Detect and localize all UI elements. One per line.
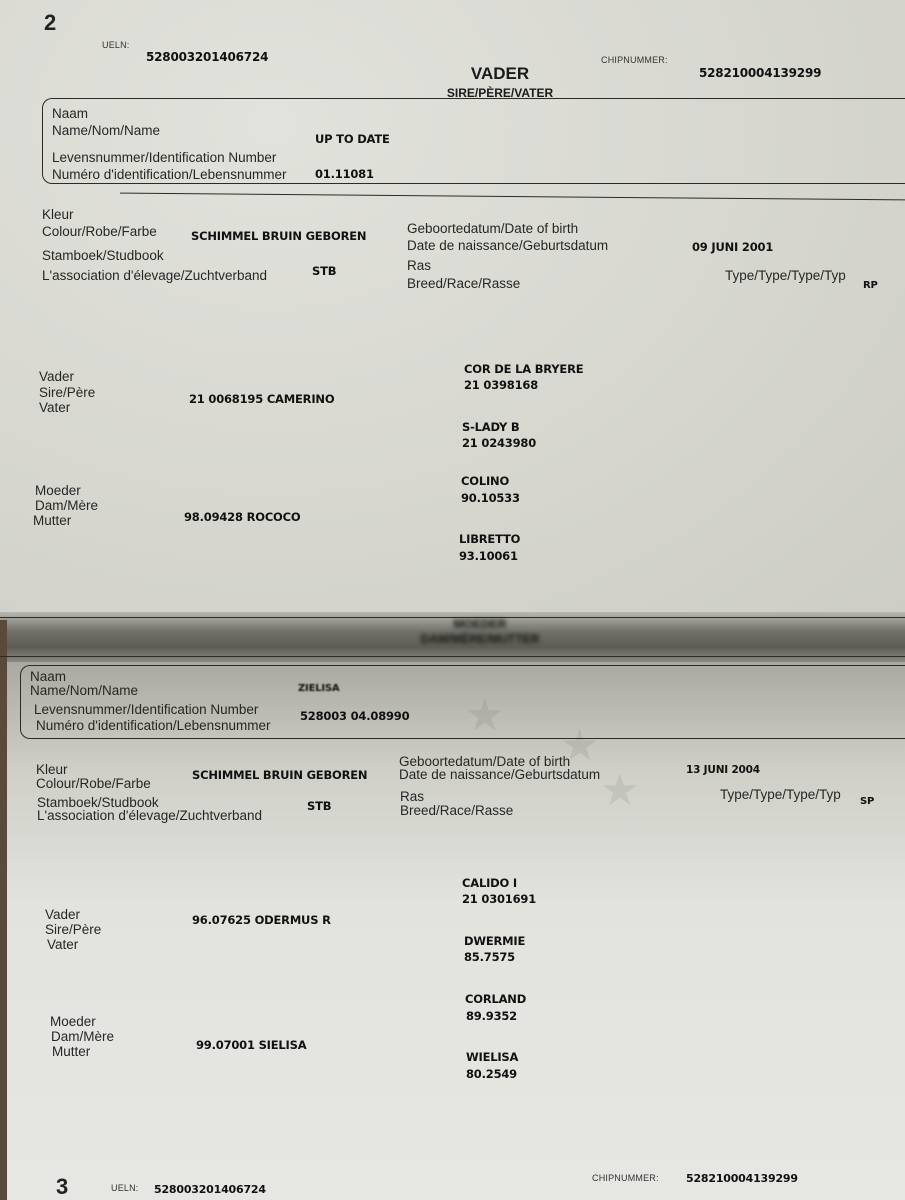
dam-label-3: Mutter (33, 513, 71, 528)
horse-name: UP TO DATE (315, 132, 390, 146)
ueln-label: UELN: (111, 1183, 139, 1193)
dam-label-2: Dam/Mère (35, 498, 98, 513)
id-label-2: Numéro d'identification/Lebensnummer (52, 167, 286, 182)
granddam-paternal-name: DWERMIE (464, 934, 525, 948)
grandsire-paternal-name: CALIDO I (462, 876, 517, 890)
granddam-maternal-number: 93.10061 (459, 549, 518, 563)
dam-value: 99.07001 SIELISA (196, 1038, 306, 1052)
chip-label: CHIPNUMMER: (592, 1173, 659, 1183)
dob-value: 09 JUNI 2001 (692, 240, 773, 254)
grandsire-maternal-number: 89.9352 (466, 1009, 517, 1023)
granddam-paternal-number: 21 0243980 (462, 436, 536, 450)
horse-name: ZIELISA (298, 683, 339, 694)
grandsire-paternal-name: COR DE LA BRYERE (464, 362, 583, 376)
type-value: SP (860, 796, 874, 807)
grandsire-paternal-number: 21 0398168 (464, 378, 538, 392)
granddam-maternal-name: WIELISA (466, 1050, 518, 1064)
id-number: 01.11081 (315, 167, 374, 181)
breed-label-2: Breed/Race/Rasse (407, 276, 520, 291)
sire-label-1: Vader (45, 907, 80, 922)
granddam-paternal-number: 85.7575 (464, 950, 515, 964)
ueln-value: 528003201406724 (154, 1183, 266, 1196)
grandsire-maternal-name: CORLAND (465, 992, 526, 1006)
page-edge (0, 620, 7, 1200)
dob-label-2: Date de naissance/Geburtsdatum (399, 767, 600, 782)
dam-value: 98.09428 ROCOCO (184, 510, 300, 524)
section-title: VADER (400, 64, 600, 84)
type-label: Type/Type/Type/Typ (725, 268, 846, 283)
chip-label: CHIPNUMMER: (601, 55, 668, 65)
name-label-nl: Naam (52, 106, 88, 121)
id-label-1: Levensnummer/Identification Number (52, 150, 276, 165)
type-label: Type/Type/Type/Typ (720, 787, 841, 802)
grandsire-maternal-name: COLINO (461, 474, 509, 488)
colour-value: SCHIMMEL BRUIN GEBOREN (191, 229, 366, 243)
page-number: 2 (44, 10, 56, 36)
section-subtitle-blurred: DAM/MÈRE/MUTTER (400, 632, 560, 646)
colour-label-1: Kleur (36, 762, 68, 777)
dam-label-3: Mutter (52, 1044, 90, 1059)
chip-value: 528210004139299 (686, 1172, 798, 1185)
grandsire-paternal-number: 21 0301691 (462, 892, 536, 906)
breed-label-1: Ras (400, 789, 424, 804)
name-label-multi: Name/Nom/Name (30, 683, 138, 698)
studbook-label-2: L'association d'élevage/Zuchtverband (37, 808, 262, 823)
studbook-value: STB (312, 264, 336, 278)
dob-value: 13 JUNI 2004 (686, 764, 760, 776)
lower-page-sheet (0, 662, 905, 1200)
breed-label-2: Breed/Race/Rasse (400, 803, 513, 818)
colour-label-1: Kleur (42, 207, 74, 222)
dam-label-2: Dam/Mère (51, 1029, 114, 1044)
ueln-value: 528003201406724 (146, 50, 268, 64)
sire-value: 21 0068195 CAMERINO (189, 392, 334, 406)
watermark-star-icon: ★ (600, 765, 639, 816)
name-label-multi: Name/Nom/Name (52, 123, 160, 138)
dob-label-2: Date de naissance/Geburtsdatum (407, 238, 608, 253)
passport-page: 2 UELN: 528003201406724 CHIPNUMMER: 5282… (0, 0, 905, 1200)
id-label-1: Levensnummer/Identification Number (34, 702, 258, 717)
sire-label-2: Sire/Père (39, 385, 95, 400)
colour-label-2: Colour/Robe/Farbe (36, 776, 151, 791)
grandsire-maternal-number: 90.10533 (461, 491, 520, 505)
divider (0, 656, 905, 657)
section-title-blurred: MOEDER (420, 617, 540, 631)
colour-value: SCHIMMEL BRUIN GEBOREN (192, 768, 367, 782)
dam-label-1: Moeder (35, 483, 81, 498)
granddam-paternal-name: S-LADY B (462, 420, 520, 434)
studbook-label-1: Stamboek/Studbook (42, 248, 164, 263)
breed-label-1: Ras (407, 258, 431, 273)
sire-value: 96.07625 ODERMUS R (192, 913, 331, 927)
sire-label-1: Vader (39, 369, 74, 384)
studbook-label-2: L'association d'élevage/Zuchtverband (42, 268, 267, 283)
studbook-value: STB (307, 799, 331, 813)
type-value: RP (863, 280, 878, 291)
name-label-nl: Naam (30, 669, 66, 684)
ueln-label: UELN: (102, 40, 130, 50)
id-number: 528003 04.08990 (300, 709, 409, 723)
sire-label-3: Vater (47, 937, 78, 952)
dob-label-1: Geboortedatum/Date of birth (407, 221, 578, 236)
chip-value: 528210004139299 (699, 66, 821, 80)
page-number: 3 (56, 1174, 68, 1200)
granddam-maternal-number: 80.2549 (466, 1067, 517, 1081)
colour-label-2: Colour/Robe/Farbe (42, 224, 157, 239)
sire-label-3: Vater (39, 400, 70, 415)
granddam-maternal-name: LIBRETTO (459, 532, 520, 546)
sire-label-2: Sire/Père (45, 922, 101, 937)
dam-label-1: Moeder (50, 1014, 96, 1029)
id-label-2: Numéro d'identification/Lebensnummer (36, 718, 270, 733)
